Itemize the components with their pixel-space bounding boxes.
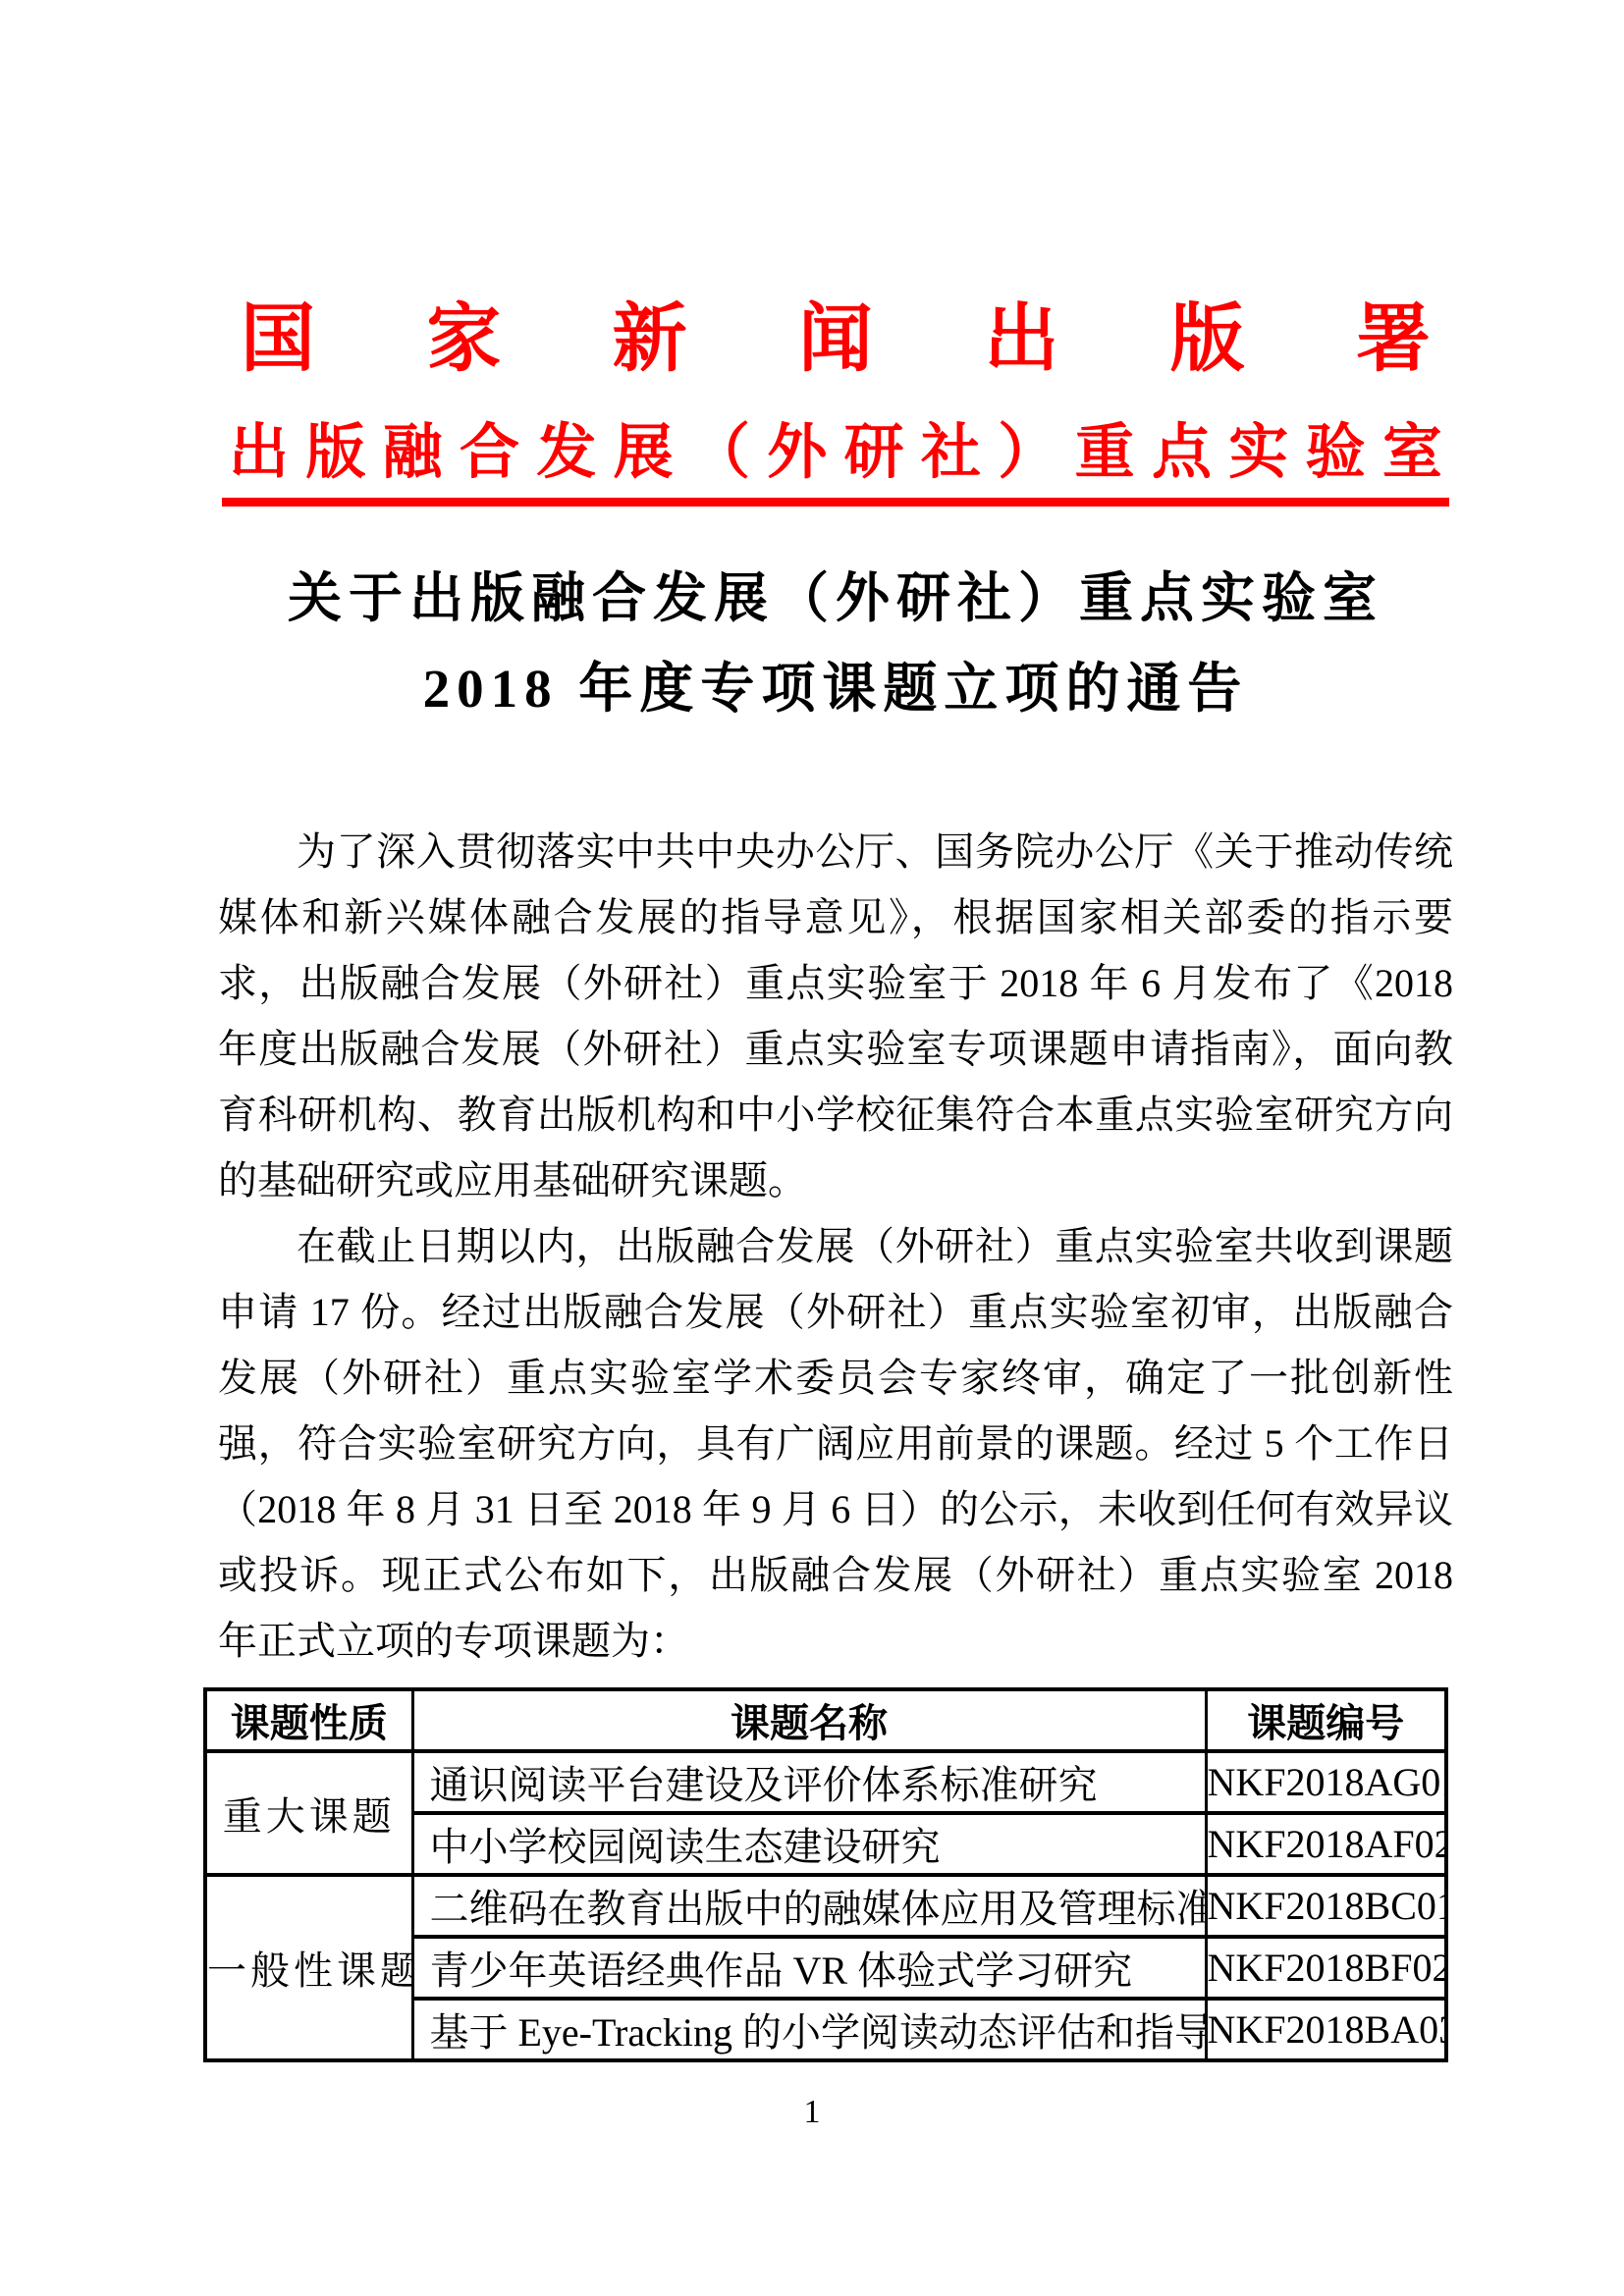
document-content: 国家新闻出版署 出版融合发展（外研社）重点实验室 关于出版融合发展（外研社）重点… [218, 298, 1453, 2062]
document-page: 国家新闻出版署 出版融合发展（外研社）重点实验室 关于出版融合发展（外研社）重点… [0, 0, 1624, 2296]
category-cell-major: 重大课题 [205, 1751, 412, 1875]
letterhead-divider-rule [222, 498, 1449, 507]
body-text: 为了深入贯彻落实中共中央办公厅、国务院办公厅《关于推动传统媒体和新兴媒体融合发展… [218, 819, 1453, 1674]
topic-code-cell: NKF2018AF02 [1206, 1813, 1446, 1875]
category-cell-general: 一般性课题 [205, 1875, 412, 2060]
doc-title: 关于出版融合发展（外研社）重点实验室 2018 年度专项课题立项的通告 [218, 554, 1453, 734]
paragraph-2: 在截止日期以内，出版融合发展（外研社）重点实验室共收到课题申请 17 份。经过出… [218, 1213, 1453, 1674]
table-header-row: 课题性质 课题名称 课题编号 [205, 1689, 1446, 1751]
letterhead-lab-title: 出版融合发展（外研社）重点实验室 [229, 422, 1442, 485]
col-header-code: 课题编号 [1206, 1689, 1446, 1751]
topic-code-cell: NKF2018AG01 [1206, 1751, 1446, 1813]
topic-code-cell: NKF2018BA03 [1206, 1999, 1446, 2060]
table-row: 一般性课题 二维码在教育出版中的融媒体应用及管理标准体系研究 NKF2018BC… [205, 1875, 1446, 1937]
letterhead-agency-title: 国家新闻出版署 [241, 298, 1431, 381]
paragraph-1: 为了深入贯彻落实中共中央办公厅、国务院办公厅《关于推动传统媒体和新兴媒体融合发展… [218, 819, 1453, 1213]
topic-name-cell: 中小学校园阅读生态建设研究 [412, 1813, 1206, 1875]
col-header-category: 课题性质 [205, 1689, 412, 1751]
doc-title-line2: 2018 年度专项课题立项的通告 [218, 644, 1453, 734]
col-header-name: 课题名称 [412, 1689, 1206, 1751]
page-number: 1 [0, 2093, 1624, 2132]
doc-title-line1: 关于出版融合发展（外研社）重点实验室 [218, 554, 1453, 644]
topic-name-cell: 基于 Eye-Tracking 的小学阅读动态评估和指导平台 [412, 1999, 1206, 2060]
topic-name-cell: 通识阅读平台建设及评价体系标准研究 [412, 1751, 1206, 1813]
table-row: 重大课题 通识阅读平台建设及评价体系标准研究 NKF2018AG01 [205, 1751, 1446, 1813]
topics-table: 课题性质 课题名称 课题编号 重大课题 通识阅读平台建设及评价体系标准研究 NK… [203, 1687, 1448, 2062]
topic-code-cell: NKF2018BF02 [1206, 1937, 1446, 1999]
topic-code-cell: NKF2018BC01 [1206, 1875, 1446, 1937]
topic-name-cell: 二维码在教育出版中的融媒体应用及管理标准体系研究 [412, 1875, 1206, 1937]
topic-name-cell: 青少年英语经典作品 VR 体验式学习研究 [412, 1937, 1206, 1999]
